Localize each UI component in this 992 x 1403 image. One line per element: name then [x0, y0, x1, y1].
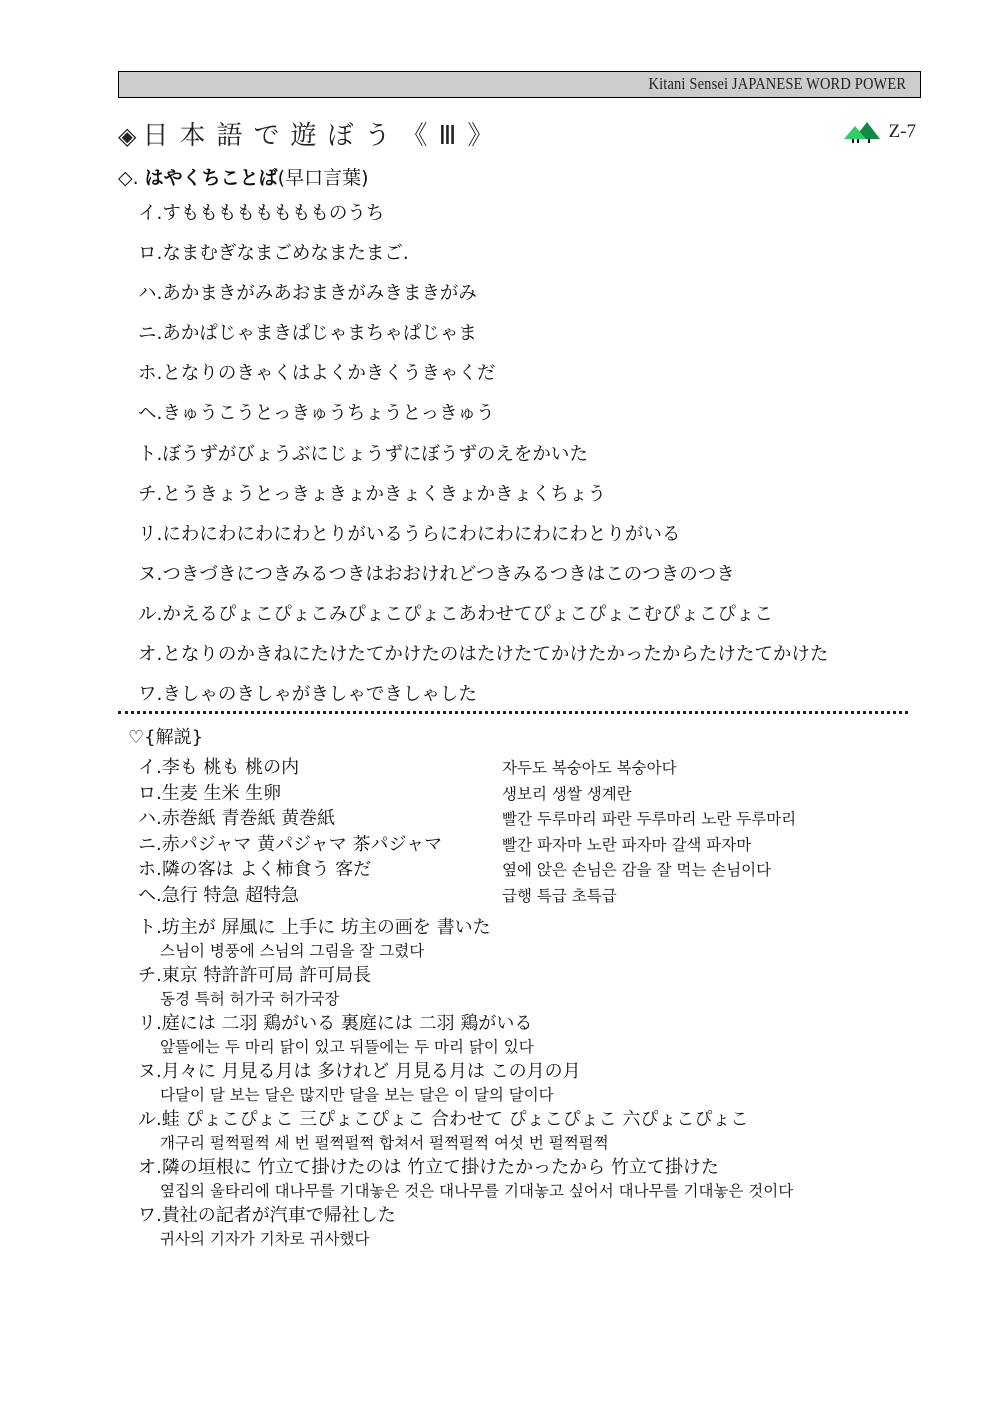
- tongue-twister-item: オ.となりのかきねにたけたてかけたのはたけたてかけたかったからたけたてかけた: [138, 641, 828, 681]
- explanation-pair: ワ.貴社の記者が汽車で帰社した 귀사의 기자가 기차로 귀사했다: [138, 1204, 793, 1252]
- brand-text: Kitani Sensei JAPANESE WORD POWER: [648, 74, 906, 94]
- explanation-row: ロ.生麦 生米 生卵생보리 생쌀 생계란: [138, 782, 796, 808]
- trees-icon: [843, 121, 881, 143]
- page-id: Z-7: [843, 121, 916, 143]
- explanation-row: ヘ.急行 特急 超特急급행 특급 초특급: [138, 884, 796, 910]
- tongue-twister-item: ハ.あかまきがみあおまきがみきまきがみ: [138, 280, 828, 320]
- explanation-row: イ.李も 桃も 桃の内자두도 복숭아도 복숭아다: [138, 756, 796, 782]
- explanation-pair: チ.東京 特許許可局 許可局長 동경 특허 허가국 허가국장: [138, 964, 793, 1012]
- page-code: Z-7: [889, 121, 916, 143]
- tongue-twister-item: リ.にわにわにわにわとりがいるうらにわにわにわにわとりがいる: [138, 521, 828, 561]
- tongue-twister-item: ヘ.きゅうこうとっきゅうちょうとっきゅう: [138, 400, 828, 440]
- title-marker: ◈: [118, 122, 142, 150]
- tongue-twister-item: ト.ぼうずがびょうぶにじょうずにぼうずのえをかいた: [138, 441, 828, 481]
- title-row: ◈日本語で遊ぼう《Ⅲ》 Z-7: [118, 115, 918, 155]
- explanation-pair: ル.蛙 ぴょこぴょこ 三ぴょこぴょこ 合わせて ぴょこぴょこ 六ぴょこぴょこ개구…: [138, 1108, 793, 1156]
- explanation-table: イ.李も 桃も 桃の内자두도 복숭아도 복숭아다 ロ.生麦 生米 生卵생보리 생…: [138, 756, 796, 910]
- tongue-twister-item: イ.すもももももももものうち: [138, 200, 828, 240]
- tongue-twister-item: ワ.きしゃのきしゃがきしゃできしゃした: [138, 681, 828, 721]
- tongue-twister-item: チ.とうきょうとっきょきょかきょくきょかきょくちょう: [138, 481, 828, 521]
- section-heading: ◇.はやくちことば(早口言葉): [118, 163, 369, 190]
- explanation-row: ニ.赤パジャマ 黄パジャマ 茶パジャマ빨간 파자마 노란 파자마 갈색 파자마: [138, 833, 796, 859]
- page-title: 日本語で遊ぼう《Ⅲ》: [142, 121, 504, 151]
- dotted-divider: [118, 711, 908, 714]
- explanation-heading: ♡{解説}: [128, 723, 203, 749]
- explanation-pair: ト.坊主が 屏風に 上手に 坊主の画を 書いた스님이 병풍에 스님의 그림을 잘…: [138, 916, 793, 964]
- tongue-twister-item: ニ.あかぱじゃまきぱじゃまちゃぱじゃま: [138, 320, 828, 360]
- tongue-twister-list: イ.すもももももももものうち ロ.なまむぎなまごめなまたまご. ハ.あかまきがみ…: [138, 200, 828, 721]
- section-title-kana: はやくちことば: [145, 167, 278, 189]
- header-bar: Kitani Sensei JAPANESE WORD POWER: [118, 71, 921, 98]
- explanation-pair: オ.隣の垣根に 竹立て掛けたのは 竹立て掛けたかったから 竹立て掛けた옆집의 울…: [138, 1156, 793, 1204]
- explanation-row: ホ.隣の客は よく柿食う 客だ옆에 앉은 손님은 감을 잘 먹는 손님이다: [138, 858, 796, 884]
- tongue-twister-item: ロ.なまむぎなまごめなまたまご.: [138, 240, 828, 280]
- tongue-twister-item: ヌ.つきづきにつきみるつきはおおけれどつきみるつきはこのつきのつき: [138, 561, 828, 601]
- tongue-twister-item: ル.かえるぴょこぴょこみぴょこぴょこあわせてぴょこぴょこむぴょこぴょこ: [138, 601, 828, 641]
- explanation-pairs: ト.坊主が 屏風に 上手に 坊主の画を 書いた스님이 병풍에 스님의 그림을 잘…: [138, 916, 793, 1252]
- tongue-twister-item: ホ.となりのきゃくはよくかきくうきゃくだ: [138, 360, 828, 400]
- section-title-kanji: (早口言葉): [278, 167, 369, 189]
- explanation-pair: リ.庭には 二羽 鶏がいる 裏庭には 二羽 鶏がいる앞뜰에는 두 마리 닭이 있…: [138, 1012, 793, 1060]
- section-marker: ◇.: [118, 167, 139, 189]
- explanation-row: ハ.赤巻紙 青巻紙 黄巻紙빨간 두루마리 파란 두루마리 노란 두루마리: [138, 807, 796, 833]
- explanation-pair: ヌ.月々に 月見る月は 多けれど 月見る月は この月の月다달이 달 보는 달은 …: [138, 1060, 793, 1108]
